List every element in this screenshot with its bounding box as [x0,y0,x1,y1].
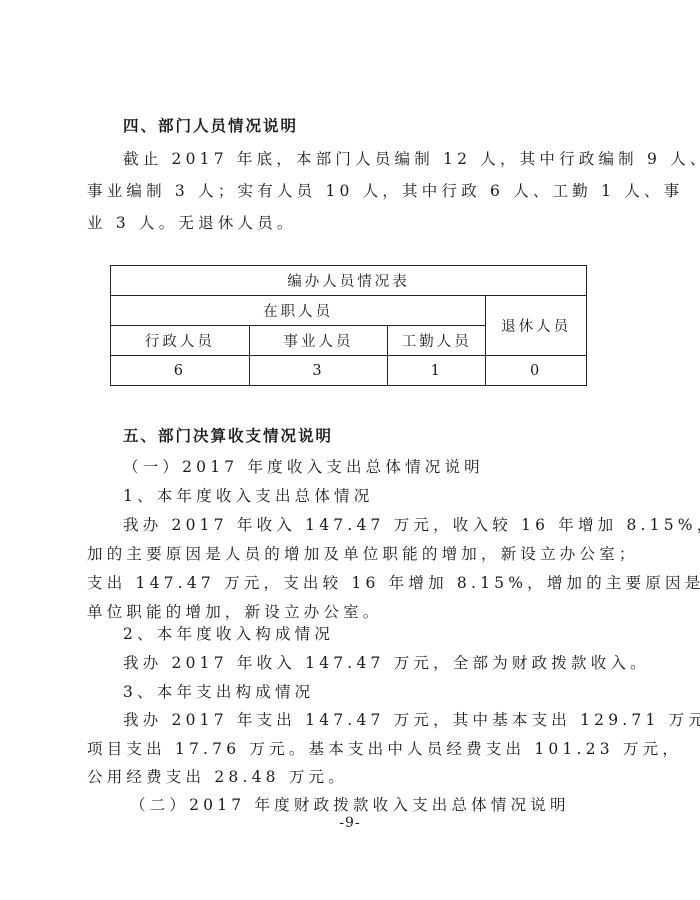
item-1-line: 加的主要原因是人员的增加及单位职能的增加，新设立办公室； [87,542,639,564]
header-worker: 工勤人员 [388,326,486,356]
value-retired: 0 [486,356,587,386]
item-3-line: 项目支出 17.76 万元。基本支出中人员经费支出 101.23 万元， [87,737,682,759]
value-institution: 3 [249,356,388,386]
item-3-title: 3、本年支出构成情况 [123,680,314,702]
header-retired: 退休人员 [486,296,587,356]
header-in-service: 在职人员 [111,296,486,326]
item-2-line: 我办 2017 年收入 147.47 万元，全部为财政拨款收入。 [123,651,650,673]
item-3-line: 公用经费支出 28.48 万元。 [87,765,348,787]
value-worker: 1 [388,356,486,386]
item-1-line: 单位职能的增加，新设立办公室。 [87,600,383,622]
section-5-heading: 五、部门决算收支情况说明 [123,424,333,446]
subsection-1-heading: （一）2017 年度收入支出总体情况说明 [123,455,484,477]
section-4-paragraph-line: 事业编制 3 人；实有人员 10 人，其中行政 6 人、工勤 1 人、事 [87,179,683,201]
table-title: 编办人员情况表 [111,266,587,296]
subsection-2-heading: （二）2017 年度财政拨款收入支出总体情况说明 [130,793,570,815]
item-3-line: 我办 2017 年支出 147.47 万元，其中基本支出 129.71 万元， [123,708,700,730]
section-4-heading: 四、部门人员情况说明 [123,114,298,136]
value-administrative: 6 [111,356,250,386]
item-1-line: 我办 2017 年收入 147.47 万元，收入较 16 年增加 8.15%，增 [123,513,700,535]
header-institution: 事业人员 [249,326,388,356]
section-4-paragraph-line: 业 3 人。无退休人员。 [87,211,297,233]
page-number: -9- [0,815,700,831]
item-2-title: 2、本年度收入构成情况 [123,622,334,644]
header-administrative: 行政人员 [111,326,250,356]
staff-table: 编办人员情况表 在职人员 退休人员 行政人员 事业人员 工勤人员 6 3 1 0 [110,265,587,386]
section-4-paragraph-line: 截止 2017 年底，本部门人员编制 12 人，其中行政编制 9 人、 [123,147,700,169]
table-row: 6 3 1 0 [111,356,587,386]
item-1-title: 1、本年度收入支出总体情况 [123,484,373,506]
item-1-line: 支出 147.47 万元，支出较 16 年增加 8.15%，增加的主要原因是 [87,571,700,593]
